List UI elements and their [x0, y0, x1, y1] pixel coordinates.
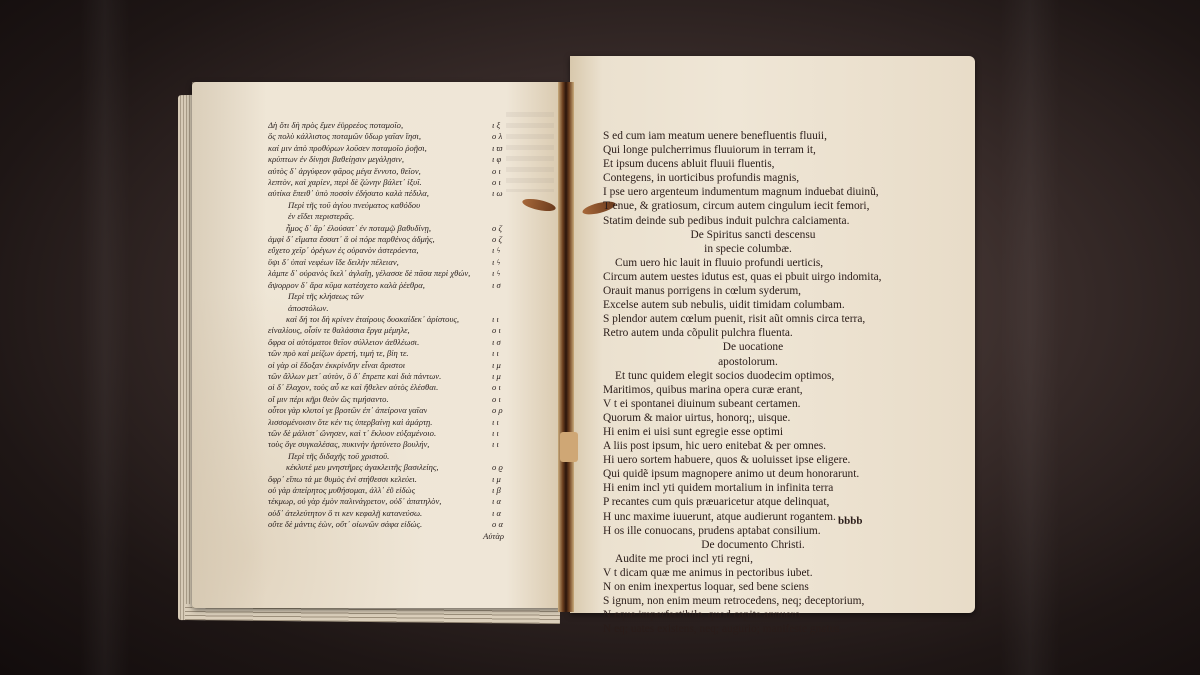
cloth-fold	[1000, 0, 1060, 675]
section-heading: De uocatione	[603, 340, 893, 354]
verse-text: τῶν ἄλλων μετ᾽ αὐτὸν, ὃ δ᾽ ἔπρεπε καὶ δι…	[268, 371, 441, 382]
verse-line: τῶν πρὸ καὶ μείζων ἀρετή, τιμή τε, βίη τ…	[268, 348, 518, 359]
margin-numeral: ο ϱ	[492, 462, 518, 473]
verse-line: P recantes cum quis præuaricetur atque d…	[603, 495, 893, 509]
verse-line: λισσομένοισιν ὅτε κέν τις ὑπερβαίνῃ καὶ …	[268, 417, 518, 428]
section-heading: Περὶ τῆς τοῦ ἁγίου πνεύματος καθόδου	[268, 200, 518, 211]
open-book: Δὴ ὅτι δὴ πρὸς ἔμεν ἐϋρρεέος ποταμοῖο,ι …	[0, 0, 1200, 675]
margin-numeral: ι ϖ	[492, 143, 518, 154]
margin-numeral: ι ι	[492, 348, 518, 359]
catchword: Αὐτὰρ	[268, 531, 518, 542]
verse-line: Quorum & maior uirtus, honorq;, uisque.	[603, 411, 893, 425]
verse-line: S ignum, non enim meum retrocedens, neq;…	[603, 594, 893, 608]
verse-line: N eq; uates existens, neq; augurio; mani…	[603, 622, 893, 636]
section-heading: Περὶ τῆς κλήσεως τῶν	[268, 291, 518, 302]
verse-line: ἄψορρον δ᾽ ἄρα κῦμα κατέσχετο καλὰ ῥέεθρ…	[268, 280, 518, 291]
verse-line: Hi uero sortem habuere, quos & uoluisset…	[603, 453, 893, 467]
margin-numeral: ι ϟ	[492, 257, 518, 268]
verse-text: ἦμος δ᾽ ἄρ᾽ ἐλούσατ᾽ ἐν ποταμῷ βαθυδίνῃ,	[268, 223, 431, 234]
verse-line: λεπτὸν, καὶ χαρίεν, περὶ δὲ ζώνην βάλετ᾽…	[268, 177, 518, 188]
verse-text: τέκμωρ, οὐ γὰρ ἐμὸν παλινάγρετον, οὐδ᾽ ἀ…	[268, 496, 441, 507]
verse-line: Maritimos, quibus marina opera curæ eran…	[603, 383, 893, 397]
verse-line: αὐτὸς δ᾽ ἀργύφεον φᾶρος μέγα ἕννυτο, θεῖ…	[268, 166, 518, 177]
cloth-fold	[80, 0, 130, 675]
section-heading: ἀποστόλων.	[268, 303, 518, 314]
verse-line: κέκλυτέ μευ μνηστῆρες ἀγακλειτῆς βασιλεί…	[268, 462, 518, 473]
verse-line: Hi enim incl yti quidem mortalium in inf…	[603, 481, 893, 495]
verse-text: Περὶ τῆς κλήσεως τῶν	[288, 291, 364, 302]
verse-line: οὐδ᾽ ἀτελεύτητον ὅ τι κεν κεφαλῇ κατανεύ…	[268, 508, 518, 519]
margin-numeral: ι μ	[492, 474, 518, 485]
verse-line: N eque imperfectibile, quod capite annue…	[603, 608, 893, 622]
verse-text: οὗτοι γὰρ κλυτοί γε βροτῶν ἐπ᾽ ἀπείρονα …	[268, 405, 427, 416]
margin-numeral: ι μ	[492, 360, 518, 371]
verse-text: τοὺς ὅγε συγκαλέσας, πυκινὴν ἠρτύνετο βο…	[268, 439, 429, 450]
margin-numeral: ο α	[492, 519, 518, 530]
verse-line: Et ipsum ducens abluit fluuii fluentis,	[603, 157, 893, 171]
verse-line: Cum uero hic lauit in fluuio profundi ue…	[603, 256, 893, 270]
verse-line: ἀμφὶ δ᾽ εἵματα ἕσσατ᾽ ἅ οἱ πόρε παρθένος…	[268, 234, 518, 245]
verse-line: Hi enim ei uisi sunt egregie esse optimi	[603, 425, 893, 439]
verse-line: αὐτίκα ἔπειθ᾽ ὑπὸ ποσσὶν ἐδήσατο καλὰ πέ…	[268, 188, 518, 199]
margin-numeral: ι ι	[492, 417, 518, 428]
verse-line: Statim deinde sub pedibus induit pulchra…	[603, 214, 893, 228]
verse-text: ὕψι δ᾽ ὑπαὶ νεφέων ἴδε δειλὴν πέλειαν,	[268, 257, 399, 268]
verse-text: Περὶ τῆς τοῦ ἁγίου πνεύματος καθόδου	[288, 200, 420, 211]
margin-numeral: ι β	[492, 485, 518, 496]
verse-line: λάμπε δ᾽ οὐρανὸς ἴκελ᾽ ἀγλαΐῃ, γέλασσε δ…	[268, 268, 518, 279]
verse-line: Orauit manus porrigens in cœlum syderum,	[603, 284, 893, 298]
verse-text: οὔτε δὲ μάντις ἐὼν, οὔτ᾽ οἰωνῶν σάφα εἰδ…	[268, 519, 422, 530]
verse-line: οἵ μιν πέρι κῆρι θεὸν ὣς τιμήσαντο.ο ι	[268, 394, 518, 405]
verse-text: ὅς πολὺ κάλλιστος ποταμῶν ὕδωρ γαῖαν ἵησ…	[268, 131, 421, 142]
verse-text: οὐδ᾽ ἀτελεύτητον ὅ τι κεν κεφαλῇ κατανεύ…	[268, 508, 422, 519]
verse-line: Contegens, in uorticibus profundis magni…	[603, 171, 893, 185]
verse-line: ἦμος δ᾽ ἄρ᾽ ἐλούσατ᾽ ἐν ποταμῷ βαθυδίνῃ,…	[268, 223, 518, 234]
verse-text: ἀποστόλων.	[288, 303, 328, 314]
signature-mark: bbbb	[838, 515, 862, 527]
margin-numeral: ι ω	[492, 188, 518, 199]
verse-line: Δὴ ὅτι δὴ πρὸς ἔμεν ἐϋρρεέος ποταμοῖο,ι …	[268, 120, 518, 131]
section-heading: Περὶ τῆς διδαχῆς τοῦ χριστοῦ.	[268, 451, 518, 462]
margin-numeral: ο ι	[492, 166, 518, 177]
verse-text: ἐν εἴδει περιστερᾶς.	[288, 211, 354, 222]
margin-numeral: ι ι	[492, 439, 518, 450]
verse-line: Circum autem uestes idutus est, quas ei …	[603, 270, 893, 284]
margin-numeral: ι σ	[492, 337, 518, 348]
section-heading: in specie columbæ.	[603, 242, 893, 256]
verse-line: εὔχετο χεῖρ᾽ ὀρέγων ἐς οὐρανὸν ἀστερόεντ…	[268, 245, 518, 256]
verse-line: A liis post ipsum, hic uero enitebat & p…	[603, 439, 893, 453]
spine-gutter	[558, 82, 574, 612]
margin-numeral: ι α	[492, 508, 518, 519]
verse-line: οὔτε δὲ μάντις ἐὼν, οὔτ᾽ οἰωνῶν σάφα εἰδ…	[268, 519, 518, 530]
margin-numeral: ο ι	[492, 382, 518, 393]
margin-numeral: ο ζ	[492, 223, 518, 234]
verse-text: αὐτὸς δ᾽ ἀργύφεον φᾶρος μέγα ἕννυτο, θεῖ…	[268, 166, 421, 177]
verse-text: κέκλυτέ μευ μνηστῆρες ἀγακλειτῆς βασιλεί…	[268, 462, 439, 473]
verse-line: Excelse autem sub nebulis, uidit timidam…	[603, 298, 893, 312]
verse-line: Retro autem unda cõpulit pulchra fluenta…	[603, 326, 893, 340]
verse-text: εἰναλίους, οἷσίν τε θαλάσσια ἔργα μέμηλε…	[268, 325, 410, 336]
verse-text: τῶν δὲ μάλιστ᾽ ὤνησεν, καὶ τ᾽ ἔκλυον εὐξ…	[268, 428, 436, 439]
verse-text: λισσομένοισιν ὅτε κέν τις ὑπερβαίνῃ καὶ …	[268, 417, 432, 428]
verse-text: τῶν πρὸ καὶ μείζων ἀρετή, τιμή τε, βίη τ…	[268, 348, 409, 359]
verse-text: οὐ γὰρ ἀπείρητος μυθήσομαι, ἀλλ᾽ ἐῢ εἰδὼ…	[268, 485, 415, 496]
verse-line: Qui longe pulcherrimus fluuiorum in terr…	[603, 143, 893, 157]
section-heading: De Spiritus sancti descensu	[603, 228, 893, 242]
verse-text: αὐτίκα ἔπειθ᾽ ὑπὸ ποσσὶν ἐδήσατο καλὰ πέ…	[268, 188, 429, 199]
margin-numeral: ο ι	[492, 325, 518, 336]
verse-text: εὔχετο χεῖρ᾽ ὀρέγων ἐς οὐρανὸν ἀστερόεντ…	[268, 245, 418, 256]
verse-line: ὄφρ᾽ εἴπω τά με θυμὸς ἐνὶ στήθεσσι κελεύ…	[268, 474, 518, 485]
verse-text: λεπτὸν, καὶ χαρίεν, περὶ δὲ ζώνην βάλετ᾽…	[268, 177, 422, 188]
margin-numeral: ι ι	[492, 314, 518, 325]
verse-line: ὅς πολὺ κάλλιστος ποταμῶν ὕδωρ γαῖαν ἵησ…	[268, 131, 518, 142]
verse-line: Et tunc quidem elegit socios duodecim op…	[603, 369, 893, 383]
verse-text: Περὶ τῆς διδαχῆς τοῦ χριστοῦ.	[288, 451, 389, 462]
margin-numeral: ι α	[492, 496, 518, 507]
verse-line: V t ei spontanei diuinum subeant certame…	[603, 397, 893, 411]
verse-text: καί μιν ἀπὸ προθύρων λοῦσεν ποταμοῖο ῥοῇ…	[268, 143, 427, 154]
section-heading: De documento Christi.	[603, 538, 893, 552]
margin-numeral: ι σ	[492, 280, 518, 291]
verse-text: Δὴ ὅτι δὴ πρὸς ἔμεν ἐϋρρεέος ποταμοῖο,	[268, 120, 403, 131]
verse-line: οἱ γὰρ οἱ ἔδοξαν ἐκκρίνδην εἶναι ἄριστοι…	[268, 360, 518, 371]
verse-line: V t dicam quæ me animus in pectoribus iu…	[603, 566, 893, 580]
verse-text: καὶ δή τοι δὴ κρίνεν ἑταίρους δυοκαίδεκ᾽…	[268, 314, 459, 325]
verse-line: S plendor autem cœlum puenit, risit aũt …	[603, 312, 893, 326]
margin-numeral: ο ζ	[492, 234, 518, 245]
verse-line: καὶ δή τοι δὴ κρίνεν ἑταίρους δυοκαίδεκ᾽…	[268, 314, 518, 325]
margin-numeral: ι ι	[492, 428, 518, 439]
latin-text-block: S ed cum iam meatum uenere benefluentis …	[603, 129, 893, 636]
verse-line: οὐ γὰρ ἀπείρητος μυθήσομαι, ἀλλ᾽ ἐῢ εἰδὼ…	[268, 485, 518, 496]
verse-text: οἱ γὰρ οἱ ἔδοξαν ἐκκρίνδην εἶναι ἄριστοι	[268, 360, 405, 371]
verse-line: εἰναλίους, οἷσίν τε θαλάσσια ἔργα μέμηλε…	[268, 325, 518, 336]
verse-text: ἄψορρον δ᾽ ἄρα κῦμα κατέσχετο καλὰ ῥέεθρ…	[268, 280, 425, 291]
margin-numeral: ι ϟ	[492, 268, 518, 279]
verse-line: N on enim inexpertus loquar, sed bene sc…	[603, 580, 893, 594]
verse-line: ὕψι δ᾽ ὑπαὶ νεφέων ἴδε δειλὴν πέλειαν,ι …	[268, 257, 518, 268]
verse-line: T enue, & gratiosum, circum autem cingul…	[603, 199, 893, 213]
verse-line: κρύπτων ἐν δίνῃσι βαθείῃσιν μεγάλῃσιν,ι …	[268, 154, 518, 165]
verse-line: τοὺς ὅγε συγκαλέσας, πυκινὴν ἠρτύνετο βο…	[268, 439, 518, 450]
verse-text: ἀμφὶ δ᾽ εἵματα ἕσσατ᾽ ἅ οἱ πόρε παρθένος…	[268, 234, 435, 245]
verse-line: τῶν ἄλλων μετ᾽ αὐτὸν, ὃ δ᾽ ἔπρεπε καὶ δι…	[268, 371, 518, 382]
margin-numeral: ι μ	[492, 371, 518, 382]
verse-line: τέκμωρ, οὐ γὰρ ἐμὸν παλινάγρετον, οὐδ᾽ ἀ…	[268, 496, 518, 507]
margin-numeral: ι ϟ	[492, 245, 518, 256]
margin-numeral: ι φ	[492, 154, 518, 165]
verse-line: οἱ δ᾽ ἔλαχον, τοὺς αὖ κε καὶ ἤθελεν αὐτὸ…	[268, 382, 518, 393]
verse-line: Audite me proci incl yti regni,	[603, 552, 893, 566]
verse-line: καί μιν ἀπὸ προθύρων λοῦσεν ποταμοῖο ῥοῇ…	[268, 143, 518, 154]
margin-numeral: ο ι	[492, 394, 518, 405]
verse-line: τῶν δὲ μάλιστ᾽ ὤνησεν, καὶ τ᾽ ἔκλυον εὐξ…	[268, 428, 518, 439]
verse-line: οὗτοι γὰρ κλυτοί γε βροτῶν ἐπ᾽ ἀπείρονα …	[268, 405, 518, 416]
verse-text: ὄφρα οἱ αὐτόματοι θεῖον σύλλειον ἀεθλέωσ…	[268, 337, 419, 348]
verse-text: ὄφρ᾽ εἴπω τά με θυμὸς ἐνὶ στήθεσσι κελεύ…	[268, 474, 417, 485]
spine-binding-patch	[560, 432, 578, 462]
verse-line: I pse uero argenteum indumentum magnum i…	[603, 185, 893, 199]
verse-line: S ed cum iam meatum uenere benefluentis …	[603, 129, 893, 143]
verse-text: οἵ μιν πέρι κῆρι θεὸν ὣς τιμήσαντο.	[268, 394, 389, 405]
section-heading: apostolorum.	[603, 355, 893, 369]
verse-text: κρύπτων ἐν δίνῃσι βαθείῃσιν μεγάλῃσιν,	[268, 154, 404, 165]
section-heading: ἐν εἴδει περιστερᾶς.	[268, 211, 518, 222]
verse-line: ὄφρα οἱ αὐτόματοι θεῖον σύλλειον ἀεθλέωσ…	[268, 337, 518, 348]
verse-text: λάμπε δ᾽ οὐρανὸς ἴκελ᾽ ἀγλαΐῃ, γέλασσε δ…	[268, 268, 470, 279]
margin-numeral: ο ι	[492, 177, 518, 188]
margin-numeral: ο λ	[492, 131, 518, 142]
margin-numeral: ο ρ	[492, 405, 518, 416]
margin-numeral: ι ξ	[492, 120, 518, 131]
greek-text-block: Δὴ ὅτι δὴ πρὸς ἔμεν ἐϋρρεέος ποταμοῖο,ι …	[268, 120, 518, 542]
verse-text: οἱ δ᾽ ἔλαχον, τοὺς αὖ κε καὶ ἤθελεν αὐτὸ…	[268, 382, 438, 393]
verse-line: Qui quidẽ ipsum magnopere animo ut deum …	[603, 467, 893, 481]
